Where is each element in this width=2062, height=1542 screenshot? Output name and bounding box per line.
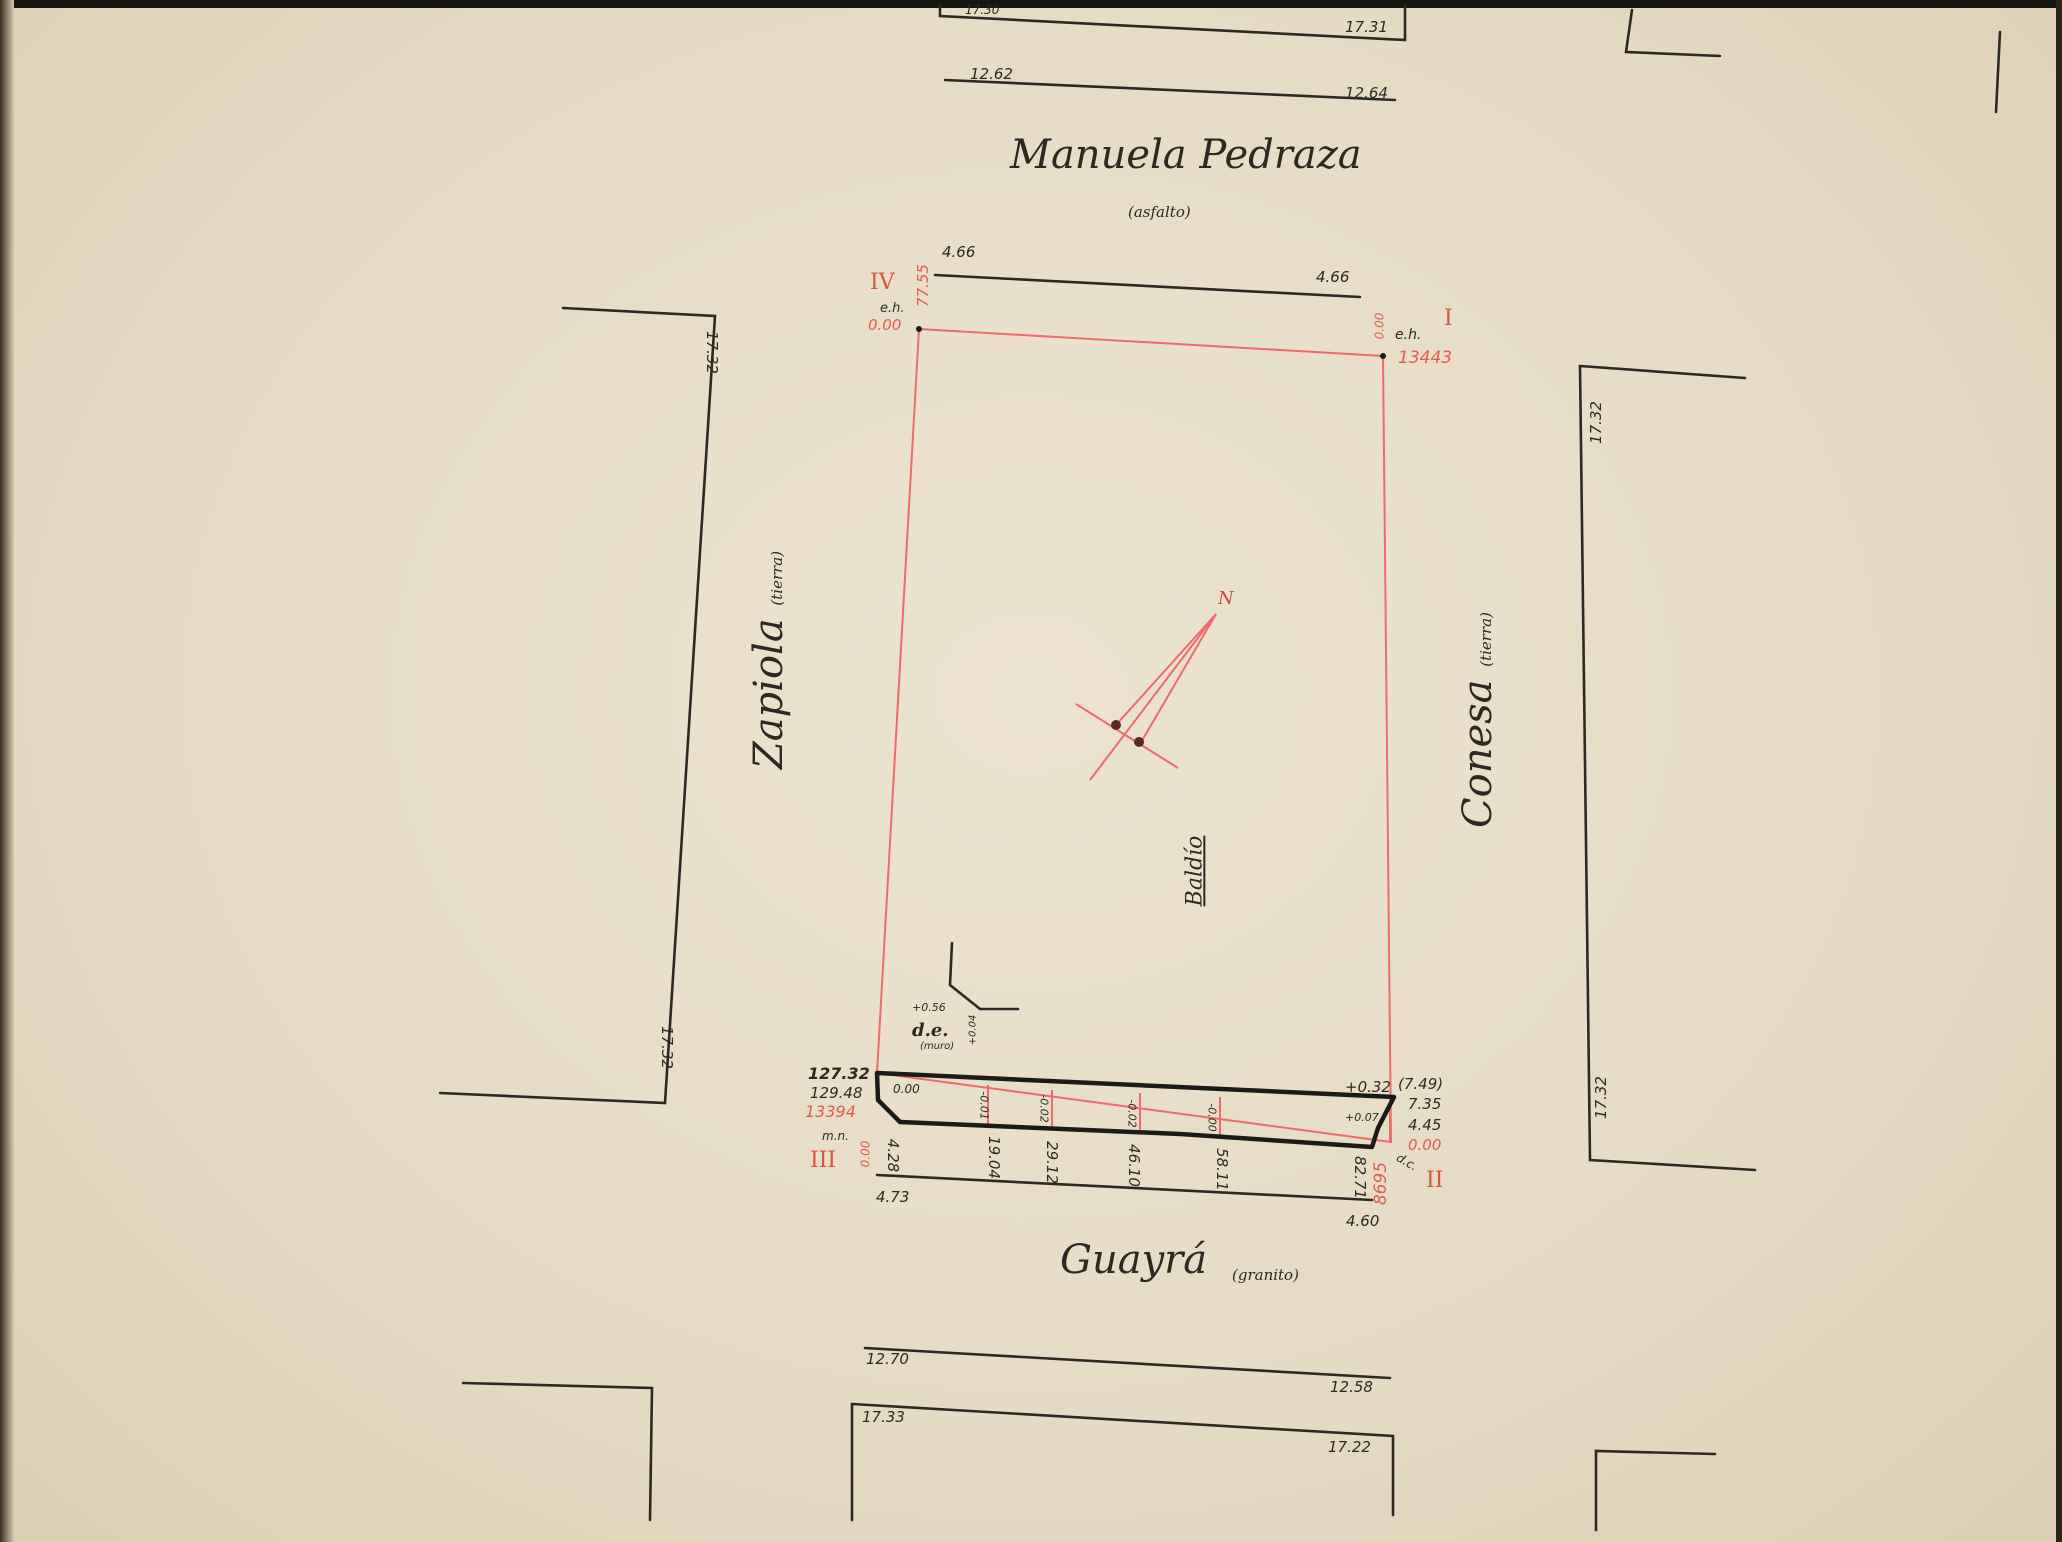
plan-linework (0, 0, 2062, 1542)
detail-note-label: d.e. (912, 1022, 949, 1040)
se-corner-b: (7.49) (1398, 1077, 1443, 1092)
vertex-label-ii: II (1426, 1170, 1443, 1192)
se-corner-c: 7.35 (1408, 1097, 1441, 1112)
sw-corner-a: 127.32 (808, 1066, 870, 1082)
vertex-code-iv: 77.55 (916, 264, 931, 307)
wall-detail-lines (950, 943, 1018, 1009)
vertex-code-iii: 13394 (805, 1104, 856, 1120)
south-block-lines (463, 1175, 1715, 1530)
dim-east-bottom: 17.32 (1594, 1076, 1609, 1119)
detail-note-v: +0.04 (968, 1015, 978, 1046)
survey-plan-sheet: Manuela Pedraza (asfalto) Guayrá (granit… (0, 0, 2062, 1542)
street-surface-north: (asfalto) (1128, 205, 1191, 220)
vertex-label-i: I (1444, 308, 1453, 330)
chainage-4: 46.10 (1126, 1144, 1141, 1187)
dim-east-top: 17.32 (1589, 401, 1604, 444)
vertex-elev-iii: 0.00 (859, 1141, 871, 1168)
east-block-outline (1580, 366, 1755, 1170)
dim-top-line1-left: 17.30 (965, 4, 999, 16)
dim-lot-bottom-right: 4.60 (1346, 1214, 1379, 1229)
street-name-south: Guayrá (1060, 1240, 1207, 1280)
vertex-code-ii: 8695 (1373, 1162, 1390, 1205)
dim-lot-top-right: 4.66 (1316, 270, 1349, 285)
offset-4: -0.00 (1207, 1103, 1218, 1131)
street-name-east-text: Conesa (1455, 679, 1501, 828)
vertex-code-i: 13443 (1398, 350, 1452, 367)
detail-note-sub: (muro) (920, 1042, 954, 1052)
vertex-elev-ii: 0.00 (1408, 1138, 1441, 1153)
street-name-north: Manuela Pedraza (1010, 135, 1362, 175)
se-corner-d: 4.45 (1408, 1118, 1441, 1133)
dim-top-line1-right: 17.31 (1345, 20, 1388, 35)
dim-west-bottom: 17.32 (659, 1026, 674, 1069)
street-surface-south: (granito) (1232, 1268, 1299, 1283)
offset-1: -0.01 (979, 1091, 990, 1119)
chainage-3: 29.12 (1044, 1141, 1059, 1184)
dim-top-line2-right: 12.64 (1345, 86, 1388, 101)
street-name-east: Conesa (tierra) (1458, 612, 1498, 828)
chainage-2: 19.04 (986, 1136, 1001, 1179)
street-name-west-text: Zapiola (746, 618, 792, 769)
dim-bottom-line2-right: 17.22 (1328, 1440, 1371, 1455)
offset-3: -0.02 (1127, 1099, 1138, 1127)
offset-2: -0.02 (1039, 1094, 1050, 1122)
dim-bottom-line1-left: 12.70 (866, 1352, 909, 1367)
west-block-outline (440, 308, 715, 1103)
street-name-west: Zapiola (tierra) (749, 551, 789, 769)
north-arrow-icon (1076, 614, 1216, 780)
se-corner-e: +0.07 (1345, 1112, 1379, 1123)
vertex-note-iii: m.n. (822, 1130, 849, 1142)
vertex-elev-iv: 0.00 (868, 318, 901, 333)
sw-corner-c: 0.00 (893, 1083, 920, 1095)
street-surface-east: (tierra) (1477, 612, 1495, 667)
vertex-label-iv: IV (870, 272, 895, 294)
chainage-1: 4.28 (885, 1139, 900, 1172)
street-surface-west: (tierra) (768, 551, 786, 606)
lot-label: Baldío (1184, 836, 1206, 907)
sw-corner-b: 129.48 (810, 1086, 863, 1101)
vertex-note-iv: e.h. (880, 302, 905, 315)
dim-top-line2-left: 12.62 (970, 67, 1013, 82)
lot-boundary (877, 329, 1391, 1142)
dim-bottom-line1-right: 12.58 (1330, 1380, 1373, 1395)
vertex-note-i: e.h. (1395, 328, 1421, 342)
vertex-elev-i: 0.00 (1373, 313, 1385, 340)
dim-bottom-line2-left: 17.33 (862, 1410, 905, 1425)
se-corner-a: +0.32 (1345, 1080, 1391, 1095)
detail-note-value: +0.56 (912, 1002, 946, 1013)
dim-west-top: 17.32 (704, 331, 719, 374)
dim-lot-top-left: 4.66 (942, 245, 975, 260)
north-arrow-label: N (1218, 590, 1234, 608)
dim-lot-bottom-left: 4.73 (876, 1190, 909, 1205)
chainage-5: 58.11 (1214, 1148, 1229, 1191)
chainage-6: 82.71 (1352, 1156, 1367, 1199)
vertex-label-iii: III (810, 1150, 836, 1172)
